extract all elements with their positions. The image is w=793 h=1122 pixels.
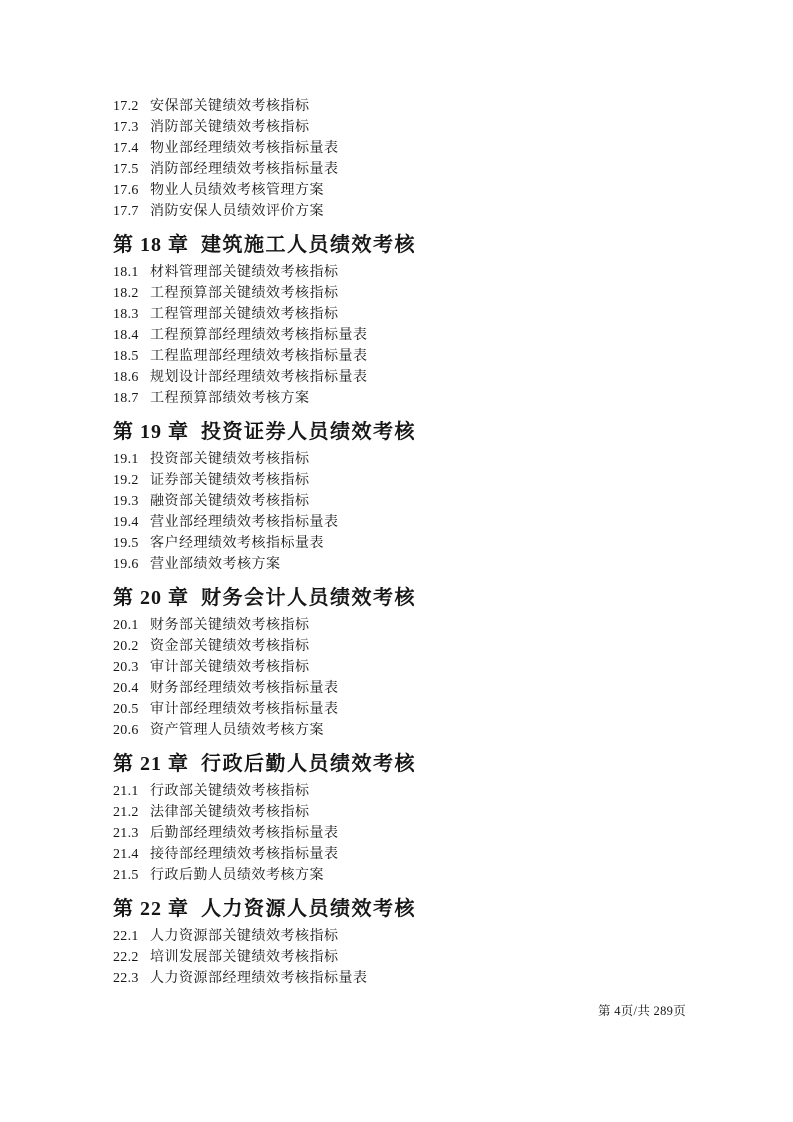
toc-entry-title: 接待部经理绩效考核指标量表 [150,847,339,862]
toc-entry-title: 消防安保人员绩效评价方案 [150,204,324,219]
toc-entry-number: 17.6 [113,180,150,201]
toc-entry: 18.4工程预算部经理绩效考核指标量表 [113,325,703,346]
toc-entry: 20.2资金部关键绩效考核指标 [113,636,703,657]
toc-entry-title: 材料管理部关键绩效考核指标 [150,265,339,280]
toc-entry-number: 18.7 [113,388,150,409]
toc-entry: 19.1投资部关键绩效考核指标 [113,449,703,470]
toc-entry-title: 审计部关键绩效考核指标 [150,660,310,675]
chapter-title: 建筑施工人员绩效考核 [201,234,416,256]
toc-entry-title: 物业人员绩效考核管理方案 [150,183,324,198]
toc-entry: 20.1财务部关键绩效考核指标 [113,615,703,636]
toc-entry-title: 工程预算部经理绩效考核指标量表 [150,328,368,343]
chapter-title: 投资证券人员绩效考核 [201,421,416,443]
toc-entry-number: 17.2 [113,96,150,117]
toc-entry-number: 19.1 [113,449,150,470]
toc-entry: 18.5工程监理部经理绩效考核指标量表 [113,346,703,367]
toc-entry-number: 22.1 [113,926,150,947]
toc-entry-title: 审计部经理绩效考核指标量表 [150,702,339,717]
toc-entry-number: 19.2 [113,470,150,491]
toc-entry-title: 人力资源部关键绩效考核指标 [150,929,339,944]
chapter-heading: 第 22 章人力资源人员绩效考核 [113,896,703,922]
toc-entry-number: 17.7 [113,201,150,222]
toc-entry-number: 20.3 [113,657,150,678]
toc-entry: 17.7消防安保人员绩效评价方案 [113,201,703,222]
toc-entry: 17.2安保部关键绩效考核指标 [113,96,703,117]
chapter-number: 第 20 章 [113,587,189,609]
toc-entry: 20.5审计部经理绩效考核指标量表 [113,699,703,720]
toc-entry-number: 17.5 [113,159,150,180]
toc-entry: 17.6物业人员绩效考核管理方案 [113,180,703,201]
toc-entry-number: 22.2 [113,947,150,968]
toc-entry-number: 21.5 [113,865,150,886]
toc-entry-title: 后勤部经理绩效考核指标量表 [150,826,339,841]
toc-entry: 20.4财务部经理绩效考核指标量表 [113,678,703,699]
toc-entry-number: 21.3 [113,823,150,844]
table-of-contents: 17.2安保部关键绩效考核指标17.3消防部关键绩效考核指标17.4物业部经理绩… [113,96,703,989]
toc-entry: 17.3消防部关键绩效考核指标 [113,117,703,138]
toc-entry-title: 营业部绩效考核方案 [150,557,281,572]
toc-entry-number: 18.2 [113,283,150,304]
toc-entry-title: 工程预算部绩效考核方案 [150,391,310,406]
toc-entry-title: 消防部关键绩效考核指标 [150,120,310,135]
toc-entry-number: 18.4 [113,325,150,346]
chapter-heading: 第 19 章投资证券人员绩效考核 [113,419,703,445]
toc-entry-number: 21.1 [113,781,150,802]
toc-entry: 20.6资产管理人员绩效考核方案 [113,720,703,741]
toc-entry: 19.3融资部关键绩效考核指标 [113,491,703,512]
toc-entry: 18.7工程预算部绩效考核方案 [113,388,703,409]
toc-entry: 18.2工程预算部关键绩效考核指标 [113,283,703,304]
toc-entry-number: 19.6 [113,554,150,575]
toc-entry-number: 18.1 [113,262,150,283]
toc-entry-number: 20.5 [113,699,150,720]
chapter-title: 财务会计人员绩效考核 [201,587,416,609]
chapter-number: 第 22 章 [113,898,189,920]
toc-entry-title: 法律部关键绩效考核指标 [150,805,310,820]
toc-entry-title: 证券部关键绩效考核指标 [150,473,310,488]
toc-entry-number: 19.3 [113,491,150,512]
toc-entry-number: 19.5 [113,533,150,554]
toc-entry-number: 21.2 [113,802,150,823]
toc-entry: 21.5行政后勤人员绩效考核方案 [113,865,703,886]
chapter-number: 第 18 章 [113,234,189,256]
toc-entry-number: 22.3 [113,968,150,989]
toc-entry-number: 19.4 [113,512,150,533]
toc-entry-title: 工程监理部经理绩效考核指标量表 [150,349,368,364]
toc-entry: 22.3人力资源部经理绩效考核指标量表 [113,968,703,989]
toc-entry-title: 投资部关键绩效考核指标 [150,452,310,467]
toc-entry: 22.2培训发展部关键绩效考核指标 [113,947,703,968]
toc-entry: 19.5客户经理绩效考核指标量表 [113,533,703,554]
toc-entry-title: 融资部关键绩效考核指标 [150,494,310,509]
toc-entry-title: 安保部关键绩效考核指标 [150,99,310,114]
toc-entry: 18.1材料管理部关键绩效考核指标 [113,262,703,283]
toc-entry: 18.6规划设计部经理绩效考核指标量表 [113,367,703,388]
toc-entry-number: 18.6 [113,367,150,388]
document-page: 17.2安保部关键绩效考核指标17.3消防部关键绩效考核指标17.4物业部经理绩… [0,0,793,1122]
toc-entry: 21.4接待部经理绩效考核指标量表 [113,844,703,865]
toc-entry: 20.3审计部关键绩效考核指标 [113,657,703,678]
toc-entry-title: 客户经理绩效考核指标量表 [150,536,324,551]
toc-entry: 19.6营业部绩效考核方案 [113,554,703,575]
toc-entry-number: 20.4 [113,678,150,699]
toc-entry-title: 规划设计部经理绩效考核指标量表 [150,370,368,385]
page-number-footer: 第 4页/共 289页 [598,1003,686,1019]
chapter-title: 人力资源人员绩效考核 [201,898,416,920]
toc-entry: 22.1人力资源部关键绩效考核指标 [113,926,703,947]
toc-entry: 17.5消防部经理绩效考核指标量表 [113,159,703,180]
toc-entry-title: 资产管理人员绩效考核方案 [150,723,324,738]
chapter-heading: 第 20 章财务会计人员绩效考核 [113,585,703,611]
toc-entry-number: 17.4 [113,138,150,159]
toc-entry: 19.2证券部关键绩效考核指标 [113,470,703,491]
chapter-title: 行政后勤人员绩效考核 [201,753,416,775]
toc-entry-number: 20.6 [113,720,150,741]
toc-entry-title: 资金部关键绩效考核指标 [150,639,310,654]
toc-entry-title: 人力资源部经理绩效考核指标量表 [150,971,368,986]
toc-entry: 19.4营业部经理绩效考核指标量表 [113,512,703,533]
toc-entry: 21.1行政部关键绩效考核指标 [113,781,703,802]
toc-entry: 21.2法律部关键绩效考核指标 [113,802,703,823]
toc-entry-title: 消防部经理绩效考核指标量表 [150,162,339,177]
toc-entry-number: 20.2 [113,636,150,657]
toc-entry-title: 物业部经理绩效考核指标量表 [150,141,339,156]
toc-entry-title: 行政后勤人员绩效考核方案 [150,868,324,883]
chapter-heading: 第 18 章建筑施工人员绩效考核 [113,232,703,258]
toc-entry-title: 工程管理部关键绩效考核指标 [150,307,339,322]
toc-entry: 18.3工程管理部关键绩效考核指标 [113,304,703,325]
toc-entry-number: 20.1 [113,615,150,636]
toc-entry-number: 18.5 [113,346,150,367]
toc-entry: 21.3后勤部经理绩效考核指标量表 [113,823,703,844]
toc-entry-title: 行政部关键绩效考核指标 [150,784,310,799]
toc-entry-title: 培训发展部关键绩效考核指标 [150,950,339,965]
toc-entry-number: 21.4 [113,844,150,865]
chapter-heading: 第 21 章行政后勤人员绩效考核 [113,751,703,777]
toc-entry-number: 18.3 [113,304,150,325]
toc-entry-title: 财务部经理绩效考核指标量表 [150,681,339,696]
chapter-number: 第 19 章 [113,421,189,443]
toc-entry-title: 财务部关键绩效考核指标 [150,618,310,633]
toc-entry-title: 营业部经理绩效考核指标量表 [150,515,339,530]
toc-entry-number: 17.3 [113,117,150,138]
toc-entry: 17.4物业部经理绩效考核指标量表 [113,138,703,159]
toc-entry-title: 工程预算部关键绩效考核指标 [150,286,339,301]
chapter-number: 第 21 章 [113,753,189,775]
